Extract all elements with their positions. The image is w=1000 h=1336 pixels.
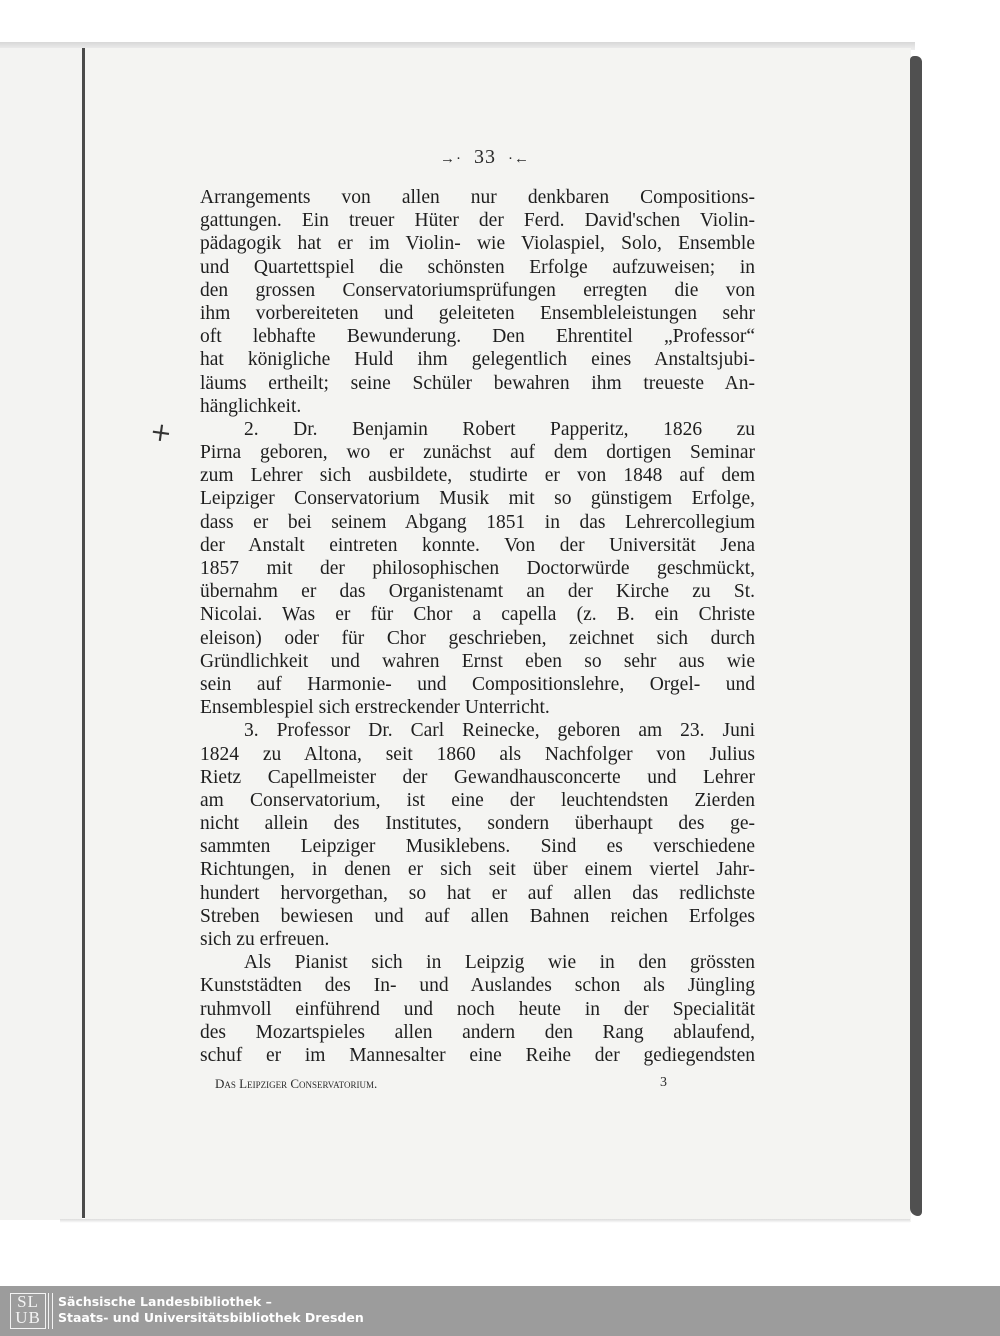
text-line: Arrangements von allen nur denkbaren Com…: [200, 186, 755, 209]
text-line: läums ertheilt; seine Schüler bewahren i…: [200, 372, 755, 395]
signature-title: Das Leipziger Conservatorium.: [215, 1076, 377, 1091]
text-line: Rietz Capellmeister der Gewandhausconcer…: [200, 766, 755, 789]
text-line: den grossen Conservatoriumsprüfungen err…: [200, 279, 755, 302]
slub-logo-icon: SL UB: [10, 1293, 46, 1329]
text-line: Ensemblespiel sich erstreckender Unterri…: [200, 696, 755, 719]
handwritten-margin-mark: +: [148, 417, 174, 450]
logo-bottom-text: UB: [11, 1310, 45, 1326]
text-line: 3. Professor Dr. Carl Reinecke, geboren …: [200, 719, 755, 742]
text-line: ruhmvoll einführend und noch heute in de…: [200, 998, 755, 1021]
text-line: Als Pianist sich in Leipzig wie in den g…: [200, 951, 755, 974]
header-ornament-left-icon: →·: [440, 151, 462, 167]
bottom-page-shadow: [60, 1219, 910, 1223]
text-line: übernahm er das Organistenamt an der Kir…: [200, 580, 755, 603]
text-line: zum Lehrer sich ausbildete, studirte er …: [200, 464, 755, 487]
page-edge-shadow: [910, 56, 922, 1216]
text-line: der Anstalt eintreten konnte. Von der Un…: [200, 534, 755, 557]
text-line: Gründlichkeit und wahren Ernst eben so s…: [200, 650, 755, 673]
running-header: →·33·←: [420, 146, 550, 169]
page-number: 33: [474, 146, 496, 168]
institution-line-1: Sächsische Landesbibliothek –: [58, 1294, 364, 1310]
text-line: eleison) oder für Chor geschrieben, zeic…: [200, 627, 755, 650]
text-line: sein auf Harmonie- und Compositionslehre…: [200, 673, 755, 696]
text-line: sammten Leipziger Musiklebens. Sind es v…: [200, 835, 755, 858]
text-line: schuf er im Mannesalter eine Reihe der g…: [200, 1044, 755, 1067]
text-line: Kunststädten des In- und Auslandes schon…: [200, 974, 755, 997]
text-line: Nicolai. Was er für Chor a capella (z. B…: [200, 603, 755, 626]
text-line: Richtungen, in denen er sich seit über e…: [200, 858, 755, 881]
text-line: des Mozartspieles allen andern den Rang …: [200, 1021, 755, 1044]
text-line: ihm vorbereiteten und geleiteten Ensembl…: [200, 302, 755, 325]
text-line: nicht allein des Institutes, sondern übe…: [200, 812, 755, 835]
text-line: hänglichkeit.: [200, 395, 755, 418]
body-text: Arrangements von allen nur denkbaren Com…: [200, 186, 755, 1067]
logo-divider: [48, 1293, 53, 1329]
text-line: 2. Dr. Benjamin Robert Papperitz, 1826 z…: [200, 418, 755, 441]
text-line: am Conservatorium, ist eine der leuchten…: [200, 789, 755, 812]
text-line: Pirna geboren, wo er zunächst auf dem do…: [200, 441, 755, 464]
text-line: Leipziger Conservatorium Musik mit so gü…: [200, 487, 755, 510]
text-line: Streben bewiesen und auf allen Bahnen re…: [200, 905, 755, 928]
institution-line-2: Staats- und Universitätsbibliothek Dresd…: [58, 1310, 364, 1326]
signature-number: 3: [660, 1075, 667, 1091]
text-line: oft lebhafte Bewunderung. Den Ehrentitel…: [200, 325, 755, 348]
institution-name: Sächsische Landesbibliothek – Staats- un…: [58, 1294, 364, 1326]
header-ornament-right-icon: ·←: [508, 151, 530, 167]
text-line: pädagogik hat er im Violin- wie Violaspi…: [200, 232, 755, 255]
text-line: hundert hervorgethan, so hat er auf alle…: [200, 882, 755, 905]
library-footer-bar: SL UB Sächsische Landesbibliothek – Staa…: [0, 1286, 1000, 1336]
text-line: 1824 zu Altona, seit 1860 als Nachfolger…: [200, 743, 755, 766]
text-line: dass er bei seinem Abgang 1851 in das Le…: [200, 511, 755, 534]
signature-line: Das Leipziger Conservatorium. 3: [215, 1076, 665, 1092]
left-facing-page: [0, 48, 82, 1220]
text-line: 1857 mit der philosophischen Doctorwürde…: [200, 557, 755, 580]
text-line: sich zu erfreuen.: [200, 928, 755, 951]
text-line: und Quartettspiel die schönsten Erfolge …: [200, 256, 755, 279]
text-line: hat königliche Huld ihm gelegentlich ein…: [200, 348, 755, 371]
text-line: gattungen. Ein treuer Hüter der Ferd. Da…: [200, 209, 755, 232]
scanned-page-area: →·33·← + Arrangements von allen nur denk…: [0, 0, 1000, 1286]
